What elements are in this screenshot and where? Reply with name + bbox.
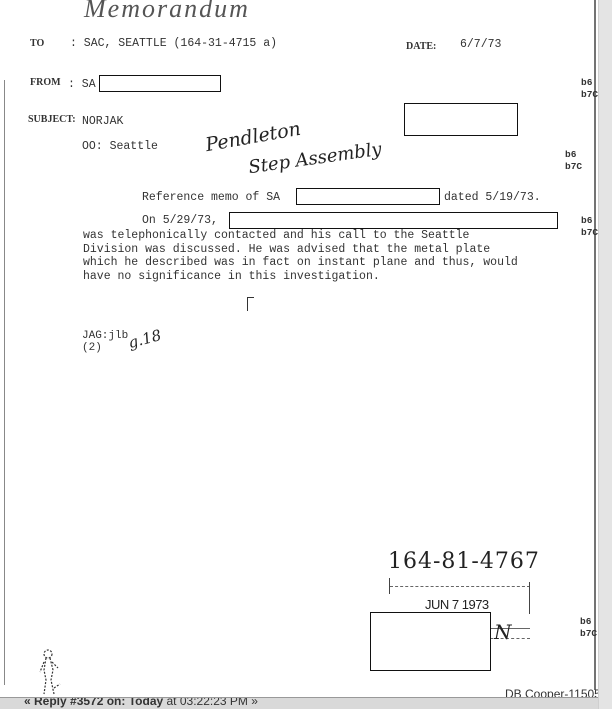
reference-suffix: dated 5/19/73. [444,191,541,204]
exemption-b7c: b7C [580,628,597,640]
exemption-code-4: b6 b7C [580,616,597,640]
body-paragraph: was telephonically contacted and his cal… [83,229,518,283]
body-opening: On 5/29/73, [142,214,218,227]
exemption-b6: b6 [565,149,582,161]
handwritten-note-line1: Pendleton [204,118,303,156]
redaction-box-stamp [370,612,491,671]
to-value: : SAC, SEATTLE (164-31-4715 a) [70,37,277,50]
typist-initials: JAG:jlb (2) [82,330,128,354]
exemption-b6: b6 [580,616,597,628]
scan-edge-right [594,0,596,690]
exemption-code-1: b6 b7C [581,77,598,101]
body-line: which he described was in fact on instan… [83,256,518,270]
scan-mark [247,297,254,298]
to-label: TO [30,38,44,49]
from-label: FROM [30,77,61,88]
subject-label: SUBJECT: [28,114,76,125]
redaction-box-body [229,212,558,229]
handwritten-stamp-initial: N [494,620,512,644]
stamp-date: JUN 7 1973 [425,597,489,612]
scanned-document-page: Memorandum TO : SAC, SEATTLE (164-31-471… [0,0,598,697]
exemption-b6: b6 [581,215,598,227]
redaction-box-reference [296,188,440,205]
redaction-box-subject [404,103,518,136]
scrollbar-track[interactable] [598,0,612,709]
scan-mark [247,297,248,311]
exemption-b6: b6 [581,77,598,89]
copies-count: (2) [82,342,128,354]
body-line: was telephonically contacted and his cal… [83,229,518,243]
body-line: Division was discussed. He was advised t… [83,243,518,257]
handwritten-initials: g.18 [126,326,163,352]
exemption-b7c: b7C [565,161,582,173]
from-value: : SA [68,78,96,91]
stamp-border-top [390,586,530,587]
forum-post-header: « Reply #3572 on: Today at 03:22:23 PM » [0,697,598,709]
memorandum-header: Memorandum [84,0,250,24]
reference-prefix: Reference memo of SA [142,191,280,204]
date-value: 6/7/73 [460,38,501,51]
reply-link[interactable]: « Reply #3572 on: Today at 03:22:23 PM » [24,697,258,708]
initials-text: JAG:jlb [82,330,128,342]
stamp-border-right [529,582,530,614]
stamp-border-left [389,578,390,594]
exemption-code-2: b6 b7C [565,149,582,173]
handwritten-file-number: 164-81-4767 [388,549,540,574]
redaction-box-from [99,75,221,92]
reply-number[interactable]: « Reply #3572 on: Today [24,697,163,708]
exemption-b7c: b7C [581,89,598,101]
date-label: DATE: [406,41,436,52]
subject-value: NORJAK [82,115,123,128]
scan-edge-left [4,80,5,685]
exemption-code-3: b6 b7C [581,215,598,239]
exemption-b7c: b7C [581,227,598,239]
figure-icon [36,648,66,698]
reply-timestamp: at 03:22:23 PM » [163,697,258,708]
office-of-origin: OO: Seattle [82,140,158,153]
body-line: have no significance in this investigati… [83,270,518,284]
